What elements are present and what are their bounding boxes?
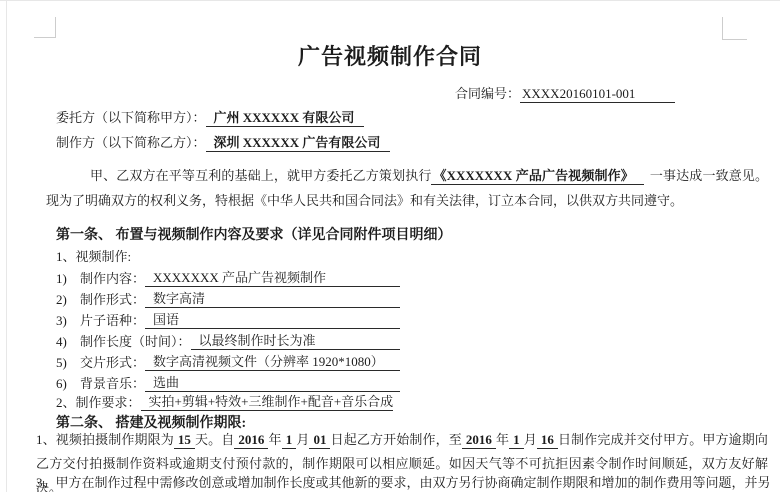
item-number: 2) [56,292,80,308]
party-a-line: 委托方（以下简称甲方）：广州 XXXXXX 有限公司 [56,107,364,126]
list-item-language: 3)片子语种：国语 [56,308,400,329]
party-a-label: 委托方（以下简称甲方）： [56,110,206,125]
item-value: 数字高清视频文件（分辨率 1920*1080） [145,354,384,369]
end-year-value: 2016 [462,432,496,449]
clause-1-text: 天。自 [195,432,235,447]
section-1-subheading: 1、视频制作: [56,246,131,265]
item-value: 选曲 [145,375,179,390]
crop-mark-top-left-vertical [55,17,56,38]
item-value: 国语 [145,312,179,327]
crop-mark-top-left-horizontal [34,37,56,38]
item-label: 交片形式： [80,352,145,371]
item-label: 片子语种： [80,310,145,329]
production-spec-list: 1)制作内容：XXXXXXX 产品广告视频制作 2)制作形式：数字高清 3)片子… [56,266,400,392]
item-number: 3) [56,313,80,329]
item-value: 以最终制作时长为准 [191,333,316,348]
page-top-edge [0,0,780,1]
item-underline: 国语 [145,309,400,329]
item-number: 5) [56,355,80,371]
start-day-value: 01 [309,432,330,449]
item-value: XXXXXXX 产品广告视频制作 [145,270,326,285]
clause-1-text: 日起乙方开始制作，至 [330,432,461,447]
list-item-music: 6)背景音乐：选曲 [56,371,400,392]
duration-days-value: 15 [174,432,195,449]
item-number: 4) [56,334,80,350]
party-b-value: 深圳 XXXXXX 广告有限公司 [206,135,391,152]
party-a-value: 广州 XXXXXX 有限公司 [206,110,365,127]
item-underline: 数字高清视频文件（分辨率 1920*1080） [145,351,400,371]
end-day-value: 16 [537,432,558,449]
start-year-value: 2016 [234,432,268,449]
requirement-label: 2、制作要求： [56,392,141,411]
item-underline: 选曲 [145,372,400,392]
party-b-line: 制作方（以下简称乙方）：深圳 XXXXXX 广告有限公司 [56,132,390,151]
item-number: 6) [56,376,80,392]
party-b-label: 制作方（以下简称乙方）： [56,135,206,150]
production-requirement-line: 2、制作要求：实拍+剪辑+特效+三维制作+配音+音乐合成 [56,391,370,411]
item-value: 数字高清 [145,291,205,306]
item-underline: XXXXXXX 产品广告视频制作 [145,267,400,287]
item-label: 制作内容： [80,268,145,287]
project-name: 《XXXXXXX 产品广告视频制作》 [431,168,643,185]
clause-1-text: 月 [524,432,537,447]
item-number: 1) [56,271,80,287]
item-label: 制作长度（时间）： [80,331,191,350]
list-item-content: 1)制作内容：XXXXXXX 产品广告视频制作 [56,266,400,287]
list-item-length: 4)制作长度（时间）：以最终制作时长为准 [56,329,400,350]
clause-3-paragraph: 3、甲方在制作过程中需修改创意或增加制作长度或其他新的要求，由双方另行协商确定制… [36,471,776,492]
page-left-edge [6,0,7,492]
requirement-value: 实拍+剪辑+特效+三维制作+配音+音乐合成 [141,394,394,409]
clause-1-text: 1、视频拍摄制作期限为 [36,432,174,447]
crop-mark-top-right-vertical [722,17,723,40]
start-month-value: 1 [282,432,297,449]
clause-1-text: 年 [496,432,509,447]
clause-1-text: 年 [268,432,281,447]
contract-number-label: 合同编号： [455,86,520,101]
list-item-format: 2)制作形式：数字高清 [56,287,400,308]
document-title: 广告视频制作合同 [0,40,780,71]
contract-number-line: 合同编号：XXXX20160101-001 [455,83,675,102]
intro-paragraph: 甲、乙双方在平等互利的基础上，就甲方委托乙方策划执行《XXXXXXX 产品广告视… [46,163,768,213]
clause-1-text: 月 [296,432,309,447]
item-underline: 数字高清 [145,288,400,308]
item-label: 背景音乐： [80,373,145,392]
end-month-value: 1 [509,432,524,449]
requirement-underline: 实拍+剪辑+特效+三维制作+配音+音乐合成 [141,391,394,411]
list-item-delivery: 5)交片形式：数字高清视频文件（分辨率 1920*1080） [56,350,400,371]
item-label: 制作形式： [80,289,145,308]
item-underline: 以最终制作时长为准 [191,330,400,350]
contract-number-value: XXXX20160101-001 [520,86,675,103]
section-1-heading: 第一条、 布置与视频制作内容及要求（详见合同附件项目明细） [56,224,452,244]
intro-text-pre: 甲、乙双方在平等互利的基础上，就甲方委托乙方策划执行 [90,168,431,183]
